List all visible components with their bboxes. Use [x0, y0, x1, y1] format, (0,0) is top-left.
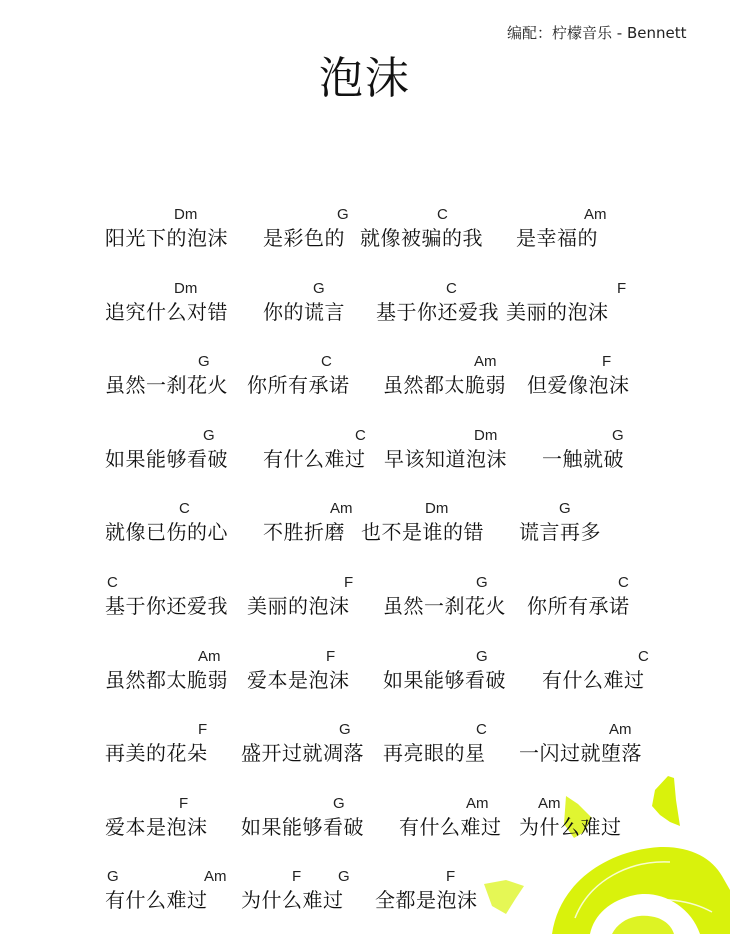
lyric-line: FGAmAm爱本是泡沫如果能够看破有什么难过为什么难过	[0, 795, 730, 855]
lyric-segment: 为什么难过	[519, 811, 622, 840]
lyric-segment: 你所有承诺	[527, 590, 630, 619]
chord-label: Am	[584, 206, 607, 223]
chord-label: F	[344, 574, 353, 591]
lyric-segment: 虽然都太脆弱	[105, 664, 228, 693]
lyric-segment: 谎言再多	[519, 516, 601, 545]
lyric-segment: 阳光下的泡沫	[105, 222, 228, 251]
chord-label: F	[326, 648, 335, 665]
lyric-segment: 盛开过就凋落	[241, 737, 364, 766]
lyric-segment: 不胜折磨	[263, 516, 345, 545]
lyric-segment: 追究什么对错	[105, 296, 228, 325]
chord-label: G	[476, 648, 488, 665]
chord-label: F	[292, 868, 301, 885]
chord-label: Am	[198, 648, 221, 665]
lyric-segment: 虽然一刹花火	[105, 369, 228, 398]
lyric-segment: 虽然都太脆弱	[383, 369, 506, 398]
lyric-segment: 基于你还爱我	[105, 590, 228, 619]
chord-label: G	[107, 868, 119, 885]
chord-label: G	[338, 868, 350, 885]
lyric-segment: 你的谎言	[263, 296, 345, 325]
chord-label: G	[476, 574, 488, 591]
lyric-line: GCAmF虽然一刹花火你所有承诺虽然都太脆弱但爱像泡沫	[0, 353, 730, 413]
chord-label: Am	[474, 353, 497, 370]
lyric-segment: 一触就破	[542, 443, 624, 472]
chord-label: G	[559, 500, 571, 517]
chord-label: G	[612, 427, 624, 444]
lyric-segment: 如果能够看破	[105, 443, 228, 472]
chord-label: Dm	[425, 500, 448, 517]
lyric-segment: 全都是泡沫	[375, 884, 478, 913]
chord-label: Dm	[174, 206, 197, 223]
chord-label: Dm	[174, 280, 197, 297]
chord-label: G	[203, 427, 215, 444]
lyric-line: GAmFGF有什么难过为什么难过全都是泡沫	[0, 868, 730, 928]
lyric-line: GCDmG如果能够看破有什么难过早该知道泡沫一触就破	[0, 427, 730, 487]
chord-label: Dm	[474, 427, 497, 444]
song-title: 泡沫	[0, 42, 730, 106]
lyric-segment: 基于你还爱我	[376, 296, 499, 325]
lyric-segment: 有什么难过	[399, 811, 502, 840]
chord-label: G	[333, 795, 345, 812]
lyric-segment: 如果能够看破	[383, 664, 506, 693]
chord-label: C	[446, 280, 457, 297]
lyric-segment: 一闪过就堕落	[519, 737, 642, 766]
chord-label: C	[638, 648, 649, 665]
lyric-line: AmFGC虽然都太脆弱爱本是泡沫如果能够看破有什么难过	[0, 648, 730, 708]
lyric-line: FGCAm再美的花朵盛开过就凋落再亮眼的星一闪过就堕落	[0, 721, 730, 781]
chord-label: G	[198, 353, 210, 370]
chord-label: F	[179, 795, 188, 812]
lyric-segment: 是幸福的	[516, 222, 598, 251]
chord-label: C	[618, 574, 629, 591]
lyric-segment: 美丽的泡沫	[506, 296, 609, 325]
lyric-segment: 为什么难过	[241, 884, 344, 913]
lyric-segment: 虽然一刹花火	[383, 590, 506, 619]
lyric-segment: 早该知道泡沫	[384, 443, 507, 472]
lyric-segment: 也不是谁的错	[361, 516, 484, 545]
lyric-segment: 有什么难过	[105, 884, 208, 913]
chord-label: C	[321, 353, 332, 370]
chord-label: C	[476, 721, 487, 738]
chord-label: F	[446, 868, 455, 885]
chord-label: C	[179, 500, 190, 517]
lyric-segment: 你所有承诺	[247, 369, 350, 398]
lyric-segment: 是彩色的	[263, 222, 345, 251]
lyric-line: CFGC基于你还爱我美丽的泡沫虽然一刹花火你所有承诺	[0, 574, 730, 634]
chord-label: G	[337, 206, 349, 223]
chord-label: Am	[330, 500, 353, 517]
chord-label: Am	[538, 795, 561, 812]
chord-label: Am	[609, 721, 632, 738]
arranger-credit: 编配：柠檬音乐 - Bennett	[507, 22, 686, 43]
chord-label: F	[198, 721, 207, 738]
chord-label: C	[355, 427, 366, 444]
lyric-segment: 有什么难过	[263, 443, 366, 472]
chord-label: F	[602, 353, 611, 370]
lyric-line: DmGCAm阳光下的泡沫是彩色的就像被骗的我是幸福的	[0, 206, 730, 266]
chord-label: G	[339, 721, 351, 738]
chord-label: C	[107, 574, 118, 591]
lyric-line: CAmDmG就像已伤的心不胜折磨也不是谁的错谎言再多	[0, 500, 730, 560]
chord-label: Am	[204, 868, 227, 885]
lyric-segment: 爱本是泡沫	[105, 811, 208, 840]
chord-label: G	[313, 280, 325, 297]
lyric-segment: 就像被骗的我	[360, 222, 483, 251]
chord-label: Am	[466, 795, 489, 812]
lyric-segment: 有什么难过	[542, 664, 645, 693]
lyric-segment: 再美的花朵	[105, 737, 208, 766]
lyric-segment: 就像已伤的心	[105, 516, 228, 545]
lyric-segment: 美丽的泡沫	[247, 590, 350, 619]
lyric-segment: 但爱像泡沫	[527, 369, 630, 398]
chord-label: F	[617, 280, 626, 297]
lyric-line: DmGCF追究什么对错你的谎言基于你还爱我美丽的泡沫	[0, 280, 730, 340]
lyric-segment: 爱本是泡沫	[247, 664, 350, 693]
lyric-segment: 如果能够看破	[241, 811, 364, 840]
lyric-segment: 再亮眼的星	[383, 737, 486, 766]
chord-label: C	[437, 206, 448, 223]
